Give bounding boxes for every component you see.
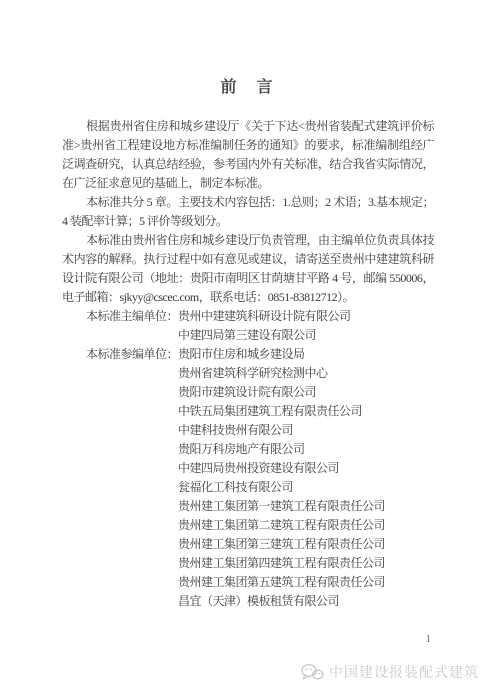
- org-item: 中建科技贵州有限公司: [178, 421, 434, 440]
- org-item: 贵州建工集团第三建筑工程有限责任公司: [178, 535, 434, 554]
- org-item: 中建四局第三建设有限公司: [178, 326, 434, 345]
- paragraph-chapters: 本标准共分 5 章。主要技术内容包括：1.总则；2 术语；3.基本规定；4 装配…: [62, 193, 434, 231]
- chief-editor-list: 贵州中建建筑科研设计院有限公司 中建四局第三建设有限公司: [178, 307, 434, 345]
- wechat-icon: [300, 663, 324, 682]
- org-item: 贵州省建筑科学研究检测中心: [178, 364, 434, 383]
- participating-units-list: 贵阳市住房和城乡建设局 贵州省建筑科学研究检测中心 贵阳市建筑设计院有限公司 中…: [178, 345, 434, 611]
- chief-editor-label: 本标准主编单位：: [62, 307, 178, 326]
- participating-units-label: 本标准参编单位：: [62, 345, 178, 364]
- org-item: 中建四局贵州投资建设有限公司: [178, 459, 434, 478]
- org-item: 瓮福化工科技有限公司: [178, 478, 434, 497]
- paragraph-management: 本标准由贵州省住房和城乡建设厅负责管理，由主编单位负责具体技术内容的解释。执行过…: [62, 231, 434, 307]
- page-title: 前 言: [0, 74, 495, 97]
- watermark-text: 中国建设报装配式建筑: [329, 662, 479, 682]
- org-item: 贵阳市建筑设计院有限公司: [178, 383, 434, 402]
- participating-units-section: 本标准参编单位： 贵阳市住房和城乡建设局 贵州省建筑科学研究检测中心 贵阳市建筑…: [62, 345, 434, 611]
- watermark: 中国建设报装配式建筑: [300, 662, 479, 682]
- chief-editor-section: 本标准主编单位： 贵州中建建筑科研设计院有限公司 中建四局第三建设有限公司: [62, 307, 434, 345]
- document-page: 前 言 根据贵州省住房和城乡建设厅《关于下达<贵州省装配式建筑评价标准>贵州省工…: [0, 0, 495, 700]
- document-body: 根据贵州省住房和城乡建设厅《关于下达<贵州省装配式建筑评价标准>贵州省工程建设地…: [62, 117, 434, 611]
- org-item: 贵州中建建筑科研设计院有限公司: [178, 307, 434, 326]
- page-number: 1: [426, 633, 432, 645]
- paragraph-intro: 根据贵州省住房和城乡建设厅《关于下达<贵州省装配式建筑评价标准>贵州省工程建设地…: [62, 117, 434, 193]
- org-item: 贵州建工集团第四建筑工程有限责任公司: [178, 554, 434, 573]
- org-item: 贵州建工集团第一建筑工程有限责任公司: [178, 497, 434, 516]
- org-item: 中铁五局集团建筑工程有限责任公司: [178, 402, 434, 421]
- org-item: 贵阳市住房和城乡建设局: [178, 345, 434, 364]
- org-item: 昌宜（天津）模板租赁有限公司: [178, 592, 434, 611]
- org-item: 贵州建工集团第五建筑工程有限责任公司: [178, 573, 434, 592]
- org-item: 贵州建工集团第二建筑工程有限责任公司: [178, 516, 434, 535]
- org-item: 贵阳万科房地产有限公司: [178, 440, 434, 459]
